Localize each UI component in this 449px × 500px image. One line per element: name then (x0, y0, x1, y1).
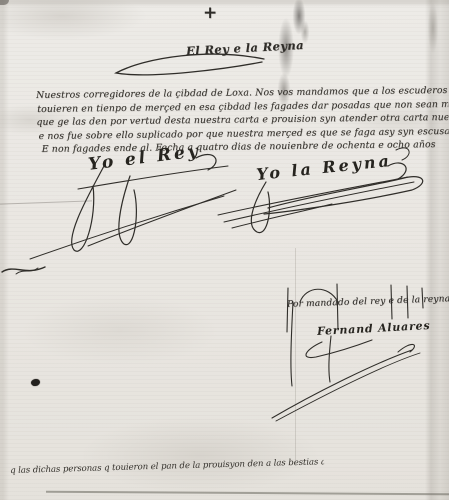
pen-flourishes (0, 0, 449, 500)
secretary-note: Por mandado del rey e de la reyna (287, 294, 449, 310)
document-heading: El Rey e la Reyna (186, 38, 305, 58)
scan-edge-shadow (46, 491, 449, 495)
manuscript-page: + El Rey e la Reyna Nuestros corregidore… (0, 0, 449, 500)
body-text-block: Nuestros corregidores de la çibdad de Lo… (36, 84, 449, 157)
corner-stain (0, 0, 9, 5)
ink-blot (30, 378, 40, 387)
cross-mark: + (203, 3, 217, 23)
docket-line: q las dichas personas q touieron el pan … (10, 457, 324, 476)
horizontal-crease (0, 200, 92, 204)
queen-signature: Yo la Reyna (255, 151, 392, 184)
king-signature-flourish (2, 155, 236, 274)
secretary-signature: Fernand Aluares (317, 319, 431, 338)
vertical-fold-crease (295, 248, 296, 463)
